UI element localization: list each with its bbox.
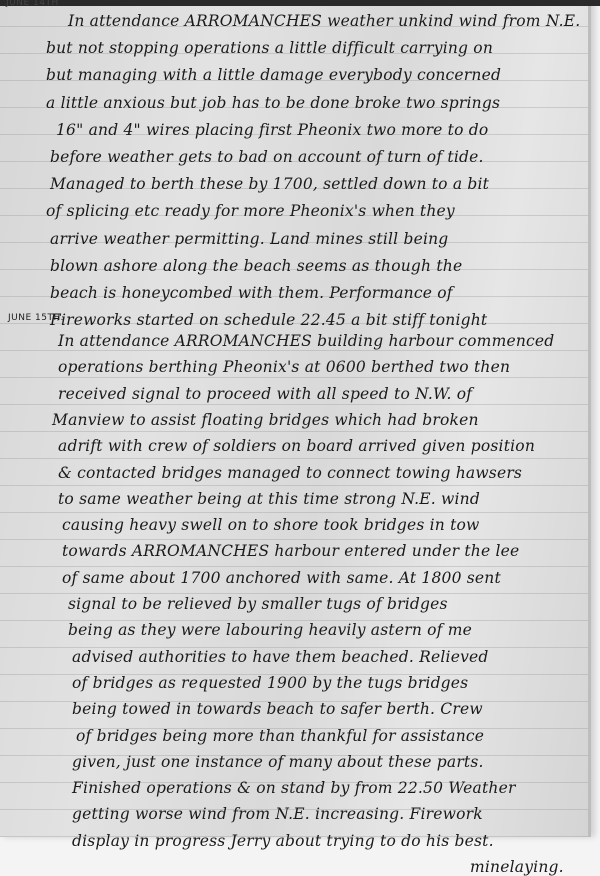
handwritten-line: causing heavy swell on to shore took bri… xyxy=(62,516,480,534)
handwritten-line: being as they were labouring heavily ast… xyxy=(68,621,472,639)
handwritten-line: Finished operations & on stand by from 2… xyxy=(72,779,516,797)
handwritten-line: being towed in towards beach to safer be… xyxy=(72,700,483,718)
entry-date-june-15: JUNE 15TH. xyxy=(8,313,64,323)
handwritten-line: Fireworks started on schedule 22.45 a bi… xyxy=(50,311,487,329)
handwritten-line: but managing with a little damage everyb… xyxy=(46,66,501,84)
handwritten-line: advised authorities to have them beached… xyxy=(72,648,489,666)
handwritten-line: before weather gets to bad on account of… xyxy=(50,148,484,166)
handwritten-line: but not stopping operations a little dif… xyxy=(46,39,493,57)
page-top-edge xyxy=(0,0,600,6)
diary-page: JUNE 14TH In attendance ARROMANCHES weat… xyxy=(0,0,591,837)
handwritten-line: of same about 1700 anchored with same. A… xyxy=(62,569,501,587)
handwritten-line: beach is honeycombed with them. Performa… xyxy=(50,284,453,302)
handwritten-line: signal to be relieved by smaller tugs of… xyxy=(68,595,448,613)
handwritten-line: & contacted bridges managed to connect t… xyxy=(58,464,522,482)
handwritten-line: In attendance ARROMANCHES building harbo… xyxy=(58,332,554,350)
handwritten-line: display in progress Jerry about trying t… xyxy=(72,832,494,837)
handwritten-line: getting worse wind from N.E. increasing.… xyxy=(72,805,483,823)
handwritten-line: of splicing etc ready for more Pheonix's… xyxy=(46,202,455,220)
handwritten-line: 16" and 4" wires placing first Pheonix t… xyxy=(56,121,488,139)
handwritten-line: received signal to proceed with all spee… xyxy=(58,385,472,403)
entry-date-june-14: JUNE 14TH xyxy=(6,0,59,8)
handwritten-line: given, just one instance of many about t… xyxy=(72,753,484,771)
handwritten-line: of bridges being more than thankful for … xyxy=(76,727,484,745)
handwritten-line: Manview to assist floating bridges which… xyxy=(52,411,479,429)
handwritten-line: operations berthing Pheonix's at 0600 be… xyxy=(58,358,510,376)
handwritten-line: arrive weather permitting. Land mines st… xyxy=(50,230,448,248)
handwritten-line: In attendance ARROMANCHES weather unkind… xyxy=(68,12,580,30)
handwritten-line: adrift with crew of soldiers on board ar… xyxy=(58,437,535,455)
handwritten-line: towards ARROMANCHES harbour entered unde… xyxy=(62,542,519,560)
handwritten-line: Managed to berth these by 1700, settled … xyxy=(50,175,489,193)
handwritten-line: to same weather being at this time stron… xyxy=(58,490,480,508)
handwritten-line: of bridges as requested 1900 by the tugs… xyxy=(72,674,468,692)
handwritten-line: blown ashore along the beach seems as th… xyxy=(50,257,462,275)
handwritten-line: a little anxious but job has to be done … xyxy=(46,94,500,112)
